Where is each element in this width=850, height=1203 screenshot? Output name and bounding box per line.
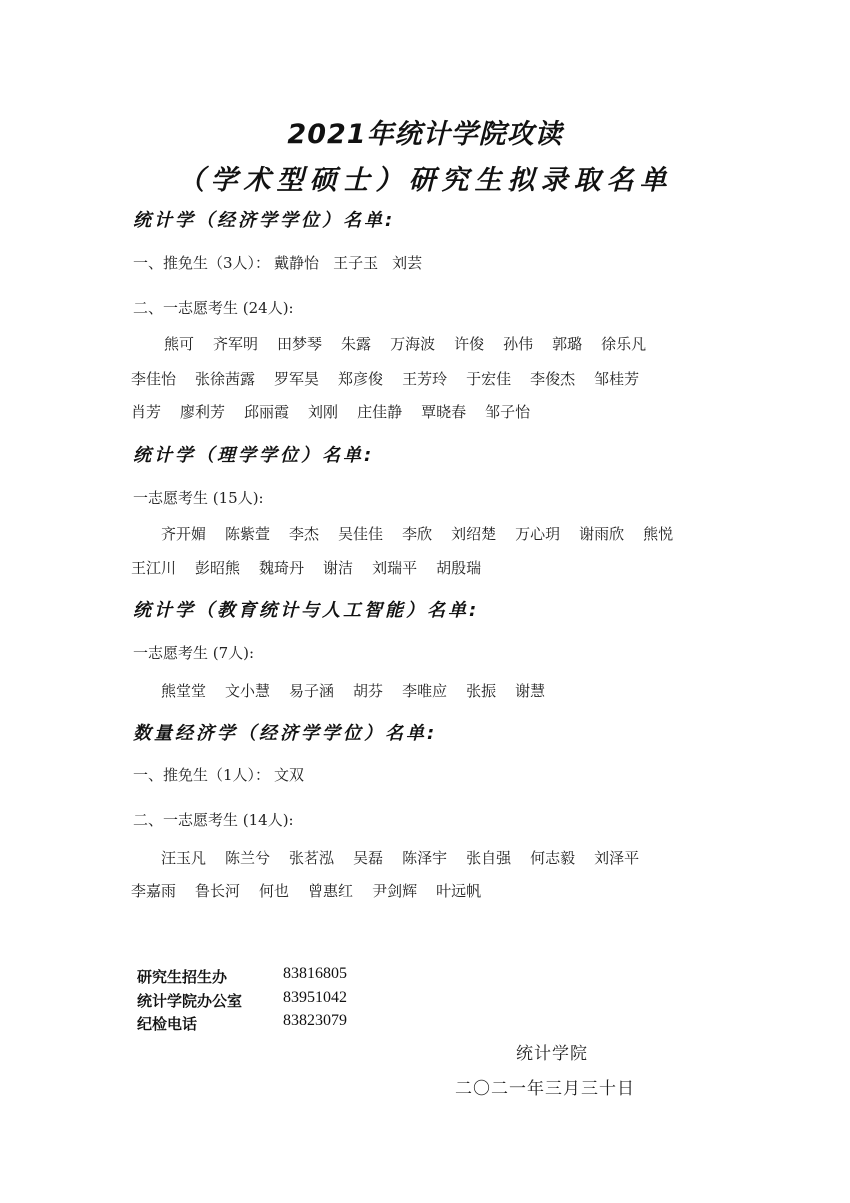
name: 刘刚 xyxy=(308,401,338,422)
name: 谢雨欣 xyxy=(579,523,624,544)
name: 鲁长河 xyxy=(195,880,240,901)
name: 朱露 xyxy=(341,333,371,354)
name: 王芳玲 xyxy=(402,368,447,389)
contact-phone-office: 83951042 xyxy=(283,989,347,1007)
section-heading-quant-econ: 数量经济学（经济学学位）名单: xyxy=(133,719,437,745)
group-label-first-choice: 二、一志愿考生 (14人): xyxy=(133,809,294,830)
page-title-line1: 2021年统计学院攻读 xyxy=(0,112,850,151)
contact-phone-discipline: 83823079 xyxy=(283,1012,347,1030)
name: 王子玉 xyxy=(333,254,378,272)
section-heading-stats-econ: 统计学（经济学学位）名单: xyxy=(133,206,395,232)
name: 王江川 xyxy=(131,557,176,578)
name: 孙伟 xyxy=(503,333,533,354)
group-label-recommended: 一、推免生（3人）：戴静怡王子玉刘芸 xyxy=(133,252,422,273)
name: 郭璐 xyxy=(552,333,582,354)
name: 陈兰兮 xyxy=(225,847,270,868)
name: 何也 xyxy=(259,880,289,901)
name: 刘瑞平 xyxy=(372,557,417,578)
name: 胡芬 xyxy=(353,680,383,701)
name-row: 李嘉雨 鲁长河 何也 曾惠红 尹剑辉 叶远帆 xyxy=(131,880,500,901)
name: 邹桂芳 xyxy=(594,368,639,389)
name: 肖芳 xyxy=(131,401,161,422)
name: 李佳怡 xyxy=(131,368,176,389)
name: 陈紫萱 xyxy=(225,523,270,544)
name: 于宏佳 xyxy=(466,368,511,389)
name: 齐军明 xyxy=(213,333,258,354)
name-row: 汪玉凡 陈兰兮 张茗泓 吴磊 陈泽宇 张自强 何志毅 刘泽平 xyxy=(161,847,658,868)
name: 谢洁 xyxy=(323,557,353,578)
name: 李杰 xyxy=(289,523,319,544)
name: 尹剑辉 xyxy=(372,880,417,901)
name: 李俊杰 xyxy=(530,368,575,389)
name: 刘芸 xyxy=(392,254,422,272)
name: 万海波 xyxy=(390,333,435,354)
name: 李嘉雨 xyxy=(131,880,176,901)
group-label: 一、推免生（3人）： xyxy=(133,254,270,272)
name: 熊堂堂 xyxy=(161,680,206,701)
name: 胡殷瑞 xyxy=(436,557,481,578)
name: 文小慧 xyxy=(225,680,270,701)
name: 张自强 xyxy=(466,847,511,868)
name: 熊悦 xyxy=(643,523,673,544)
name: 彭昭熊 xyxy=(195,557,240,578)
name: 罗军昊 xyxy=(274,368,319,389)
name: 张振 xyxy=(466,680,496,701)
name-row: 李佳怡 张徐茜露 罗军昊 郑彦俊 王芳玲 于宏佳 李俊杰 邹桂芳 xyxy=(131,368,658,389)
name-row: 肖芳 廖利芳 邱丽霞 刘刚 庄佳静 覃晓春 邹子怡 xyxy=(131,401,549,422)
name: 齐开媚 xyxy=(161,523,206,544)
name: 万心玥 xyxy=(515,523,560,544)
group-label-first-choice: 一志愿考生 (15人): xyxy=(133,487,264,508)
section-heading-stats-science: 统计学（理学学位）名单: xyxy=(133,441,374,467)
group-label-recommended: 一、推免生（1人）：文双 xyxy=(133,764,304,785)
name: 庄佳静 xyxy=(357,401,402,422)
name: 谢慧 xyxy=(515,680,545,701)
name: 李唯应 xyxy=(402,680,447,701)
name-row: 熊可 齐军明 田梦琴 朱露 万海波 许俊 孙伟 郭璐 徐乐凡 xyxy=(164,333,665,354)
name: 许俊 xyxy=(454,333,484,354)
signature-date: 二〇二一年三月三十日 xyxy=(455,1074,635,1099)
group-label: 一、推免生（1人）： xyxy=(133,766,270,784)
name: 刘绍楚 xyxy=(451,523,496,544)
name: 覃晓春 xyxy=(421,401,466,422)
name: 吴磊 xyxy=(353,847,383,868)
contact-label-office: 统计学院办公室 xyxy=(137,990,242,1011)
name: 吴佳佳 xyxy=(338,523,383,544)
name: 邹子怡 xyxy=(485,401,530,422)
name: 陈泽宇 xyxy=(402,847,447,868)
contact-label-admissions: 研究生招生办 xyxy=(137,966,227,987)
page-title-line2: （学术型硕士）研究生拟录取名单 xyxy=(0,158,850,197)
name: 徐乐凡 xyxy=(601,333,646,354)
name: 邱丽霞 xyxy=(244,401,289,422)
name: 戴静怡 xyxy=(274,254,319,272)
name: 刘泽平 xyxy=(594,847,639,868)
contact-phone-admissions: 83816805 xyxy=(283,965,347,983)
name: 廖利芳 xyxy=(180,401,225,422)
section-heading-stats-edu-ai: 统计学（教育统计与人工智能）名单: xyxy=(133,596,479,622)
name: 魏琦丹 xyxy=(259,557,304,578)
name: 何志毅 xyxy=(530,847,575,868)
name-row: 熊堂堂 文小慧 易子涵 胡芬 李唯应 张振 谢慧 xyxy=(161,680,564,701)
name: 郑彦俊 xyxy=(338,368,383,389)
name-row: 齐开媚 陈紫萱 李杰 吴佳佳 李欣 刘绍楚 万心玥 谢雨欣 熊悦 xyxy=(161,523,692,544)
group-label-first-choice: 二、一志愿考生 (24人): xyxy=(133,297,294,318)
name: 叶远帆 xyxy=(436,880,481,901)
name: 文双 xyxy=(274,766,304,784)
name: 熊可 xyxy=(164,333,194,354)
name: 李欣 xyxy=(402,523,432,544)
name: 汪玉凡 xyxy=(161,847,206,868)
name: 易子涵 xyxy=(289,680,334,701)
signature-org: 统计学院 xyxy=(516,1039,588,1064)
group-label-first-choice: 一志愿考生 (7人): xyxy=(133,642,254,663)
name-row: 王江川 彭昭熊 魏琦丹 谢洁 刘瑞平 胡殷瑞 xyxy=(131,557,500,578)
contact-label-discipline: 纪检电话 xyxy=(137,1013,197,1034)
name: 张徐茜露 xyxy=(195,368,255,389)
name: 张茗泓 xyxy=(289,847,334,868)
name: 田梦琴 xyxy=(277,333,322,354)
name: 曾惠红 xyxy=(308,880,353,901)
